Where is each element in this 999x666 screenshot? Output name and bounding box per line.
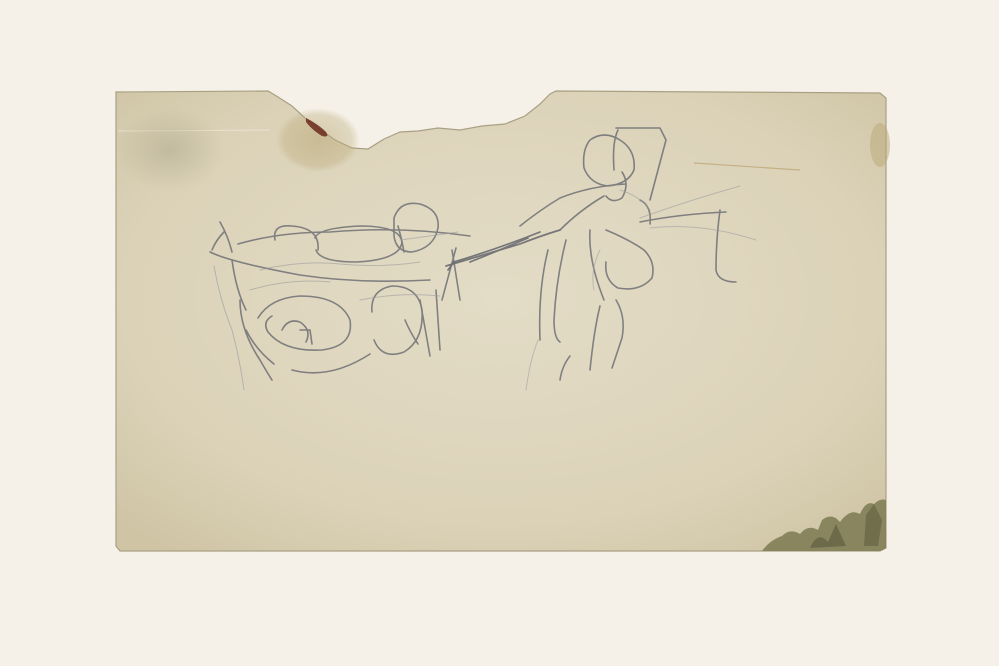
pencil-sketch-artwork (0, 0, 999, 666)
paper-card (116, 91, 886, 551)
artwork-stage (0, 0, 999, 666)
